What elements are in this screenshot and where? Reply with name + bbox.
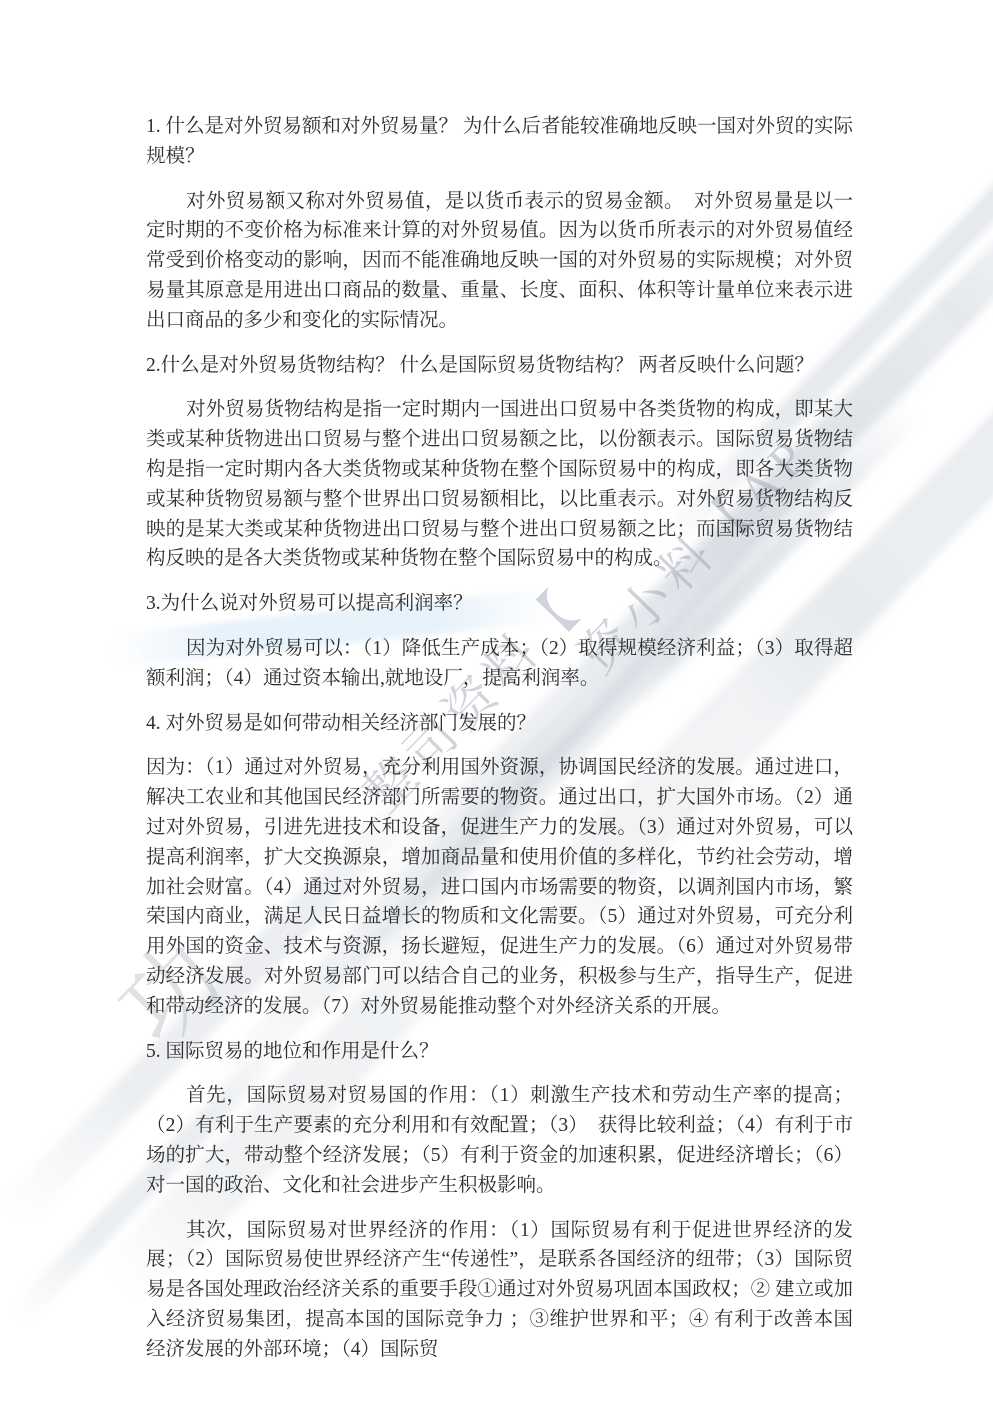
question-2: 2.什么是对外贸易货物结构？ 什么是国际贸易货物结构？ 两者反映什么问题？ <box>146 351 853 381</box>
qa-content: 1. 什么是对外贸易额和对外贸易量？ 为什么后者能较准确地反映一国对外贸的实际规… <box>146 112 853 1379</box>
question-4: 4. 对外贸易是如何带动相关经济部门发展的？ <box>146 709 853 739</box>
question-3: 3.为什么说对外贸易可以提高利润率？ <box>146 589 853 619</box>
answer-4: 因为：（1）通过对外贸易，充分利用国外资源，协调国民经济的发展。通过进口，解决工… <box>146 753 853 1021</box>
answer-5-paragraph-2: 其次，国际贸易对世界经济的作用：（1）国际贸易有利于促进世界经济的发展；（2）国… <box>146 1216 853 1365</box>
question-1: 1. 什么是对外贸易额和对外贸易量？ 为什么后者能较准确地反映一国对外贸的实际规… <box>146 112 853 172</box>
answer-2: 对外贸易货物结构是指一定时期内一国进出口贸易中各类货物的构成，即某大类或某种货物… <box>146 395 853 574</box>
answer-1: 对外贸易额又称对外贸易值，是以货币表示的贸易金额。 对外贸易量是以一定时期的不变… <box>146 187 853 336</box>
answer-3: 因为对外贸易可以：（1）降低生产成本；（2）取得规模经济利益；（3）取得超额利润… <box>146 634 853 694</box>
question-5: 5. 国际贸易的地位和作用是什么？ <box>146 1037 853 1067</box>
document-page: 整司资料【 资小料【AP 功 1. 什么是对外贸易额和对外贸易量？ 为什么后者能… <box>0 0 993 1404</box>
answer-5-paragraph-1: 首先，国际贸易对贸易国的作用：（1）刺激生产技术和劳动生产率的提高；（2）有利于… <box>146 1081 853 1200</box>
